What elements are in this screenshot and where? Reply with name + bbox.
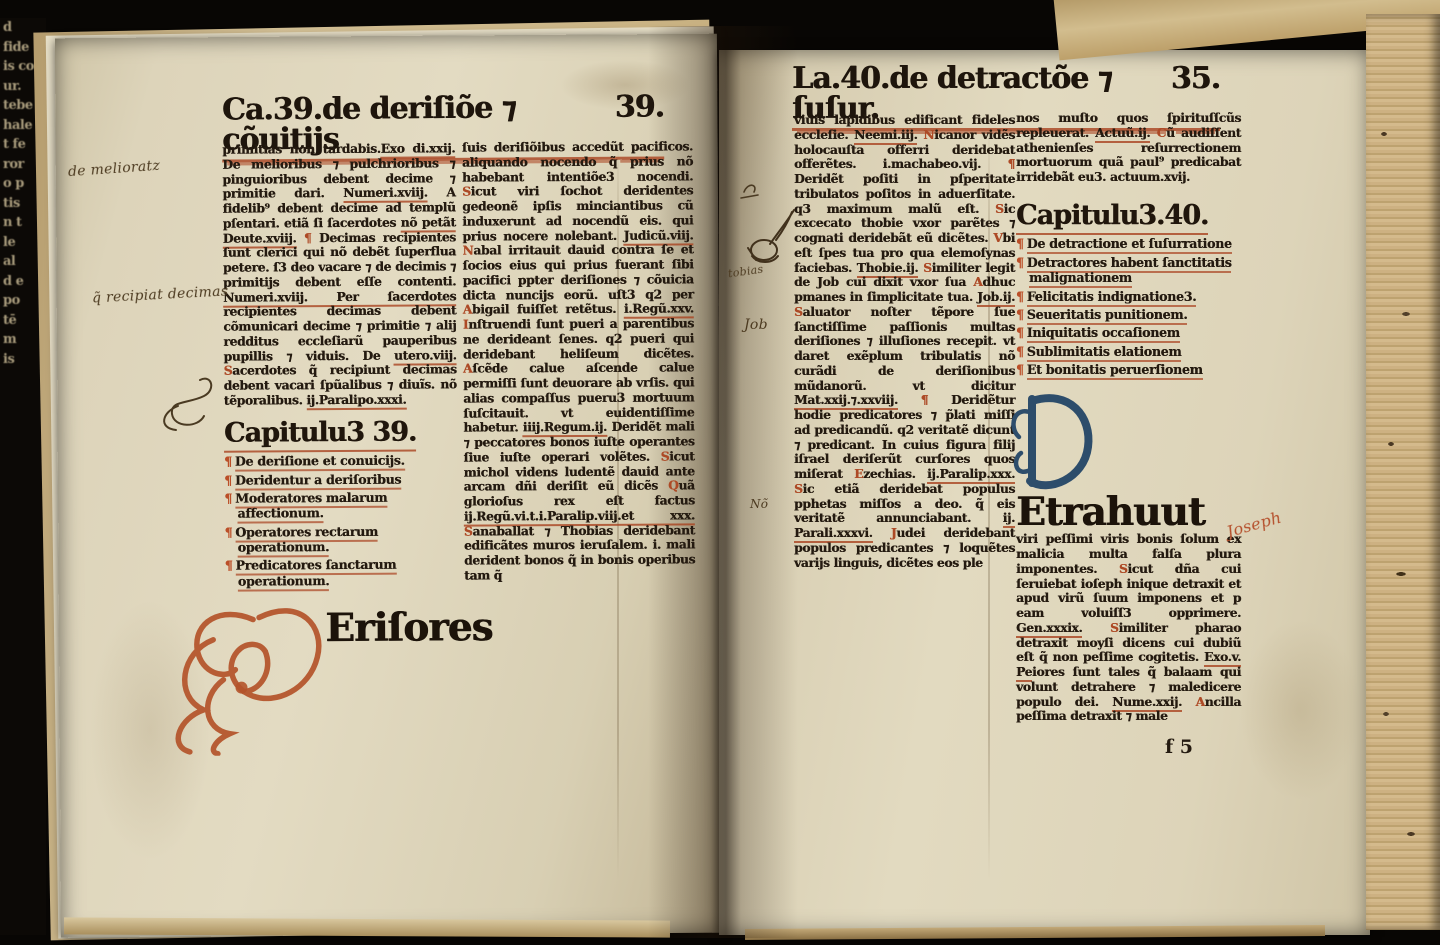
chapter-heading-39: Capitulu3 39. xyxy=(224,417,457,448)
right-column-1: viuis lapidibus edificant fideles eccleſ… xyxy=(794,113,1015,570)
text-column: primitias non tardabis.Exo di.xxij. De m… xyxy=(222,141,457,408)
pilcrow-mark: ¶ xyxy=(1016,289,1024,304)
pilcrow-mark: ¶ xyxy=(225,558,233,573)
chapter-list-item: ¶De detractione et ſuſurratione xyxy=(1016,236,1241,251)
detrahunt-body: viri peſſimi viris bonis ſolum ex malici… xyxy=(1016,531,1241,723)
book-photo: dfideis cour.tebehalet feroro ptisn tlea… xyxy=(0,0,1440,945)
text-column: viuis lapidibus edificant fideles eccleſ… xyxy=(794,113,1015,570)
flourished-initial-d-red-icon xyxy=(163,587,339,756)
text-column: nos muſto quos ſpirituſſcũs repleuerat. … xyxy=(1016,111,1241,185)
decorated-initial-row: Eriſores xyxy=(225,590,459,741)
chapter-list-item: ¶Et bonitatis peruerſionem xyxy=(1016,362,1241,377)
chapter-list-item: ¶Deridentur a deriſoribus xyxy=(224,471,457,488)
chapter-list-item: ¶Predicatores ſanctarum operationum. xyxy=(225,557,458,589)
chapter-list-item: ¶Felicitatis indignatione3. xyxy=(1016,289,1241,304)
signature-mark: f 5 xyxy=(1016,738,1241,757)
chapter-list-39: ¶De deriſione et conuicijs.¶Deridentur a… xyxy=(224,452,458,588)
marginal-note-nota: Nõ xyxy=(750,498,768,511)
chapter-list-item: ¶Detractores habent ſanctitatis malignat… xyxy=(1016,255,1241,286)
pilcrow-mark: ¶ xyxy=(225,524,233,539)
pilcrow-mark: ¶ xyxy=(1016,362,1024,377)
chapter-list-item: ¶Moderatores malarum affectionum. xyxy=(224,489,457,521)
left-column-1: primitias non tardabis.Exo di.xxij. De m… xyxy=(222,141,459,741)
marginal-note-job: Job xyxy=(744,318,768,333)
margin-mark-icon xyxy=(736,178,770,202)
chapter-heading-40-text: Capitulu3.40. xyxy=(1016,200,1208,235)
pilcrow-mark: ¶ xyxy=(1016,344,1024,359)
pilcrow-mark: ¶ xyxy=(1016,236,1024,251)
chapter-heading-40: Capitulu3.40. xyxy=(1016,201,1241,231)
chapter-list-item: ¶De deriſione et conuicijs. xyxy=(224,452,457,469)
tail-edge-left xyxy=(64,917,670,937)
manicule-icon xyxy=(742,200,798,272)
flourish-dot xyxy=(235,682,247,694)
chapter-list-item: ¶Sublimitatis elationem xyxy=(1016,344,1241,359)
detrahunt-paragraph: Etrahuut viri peſſimi viris bonis ſolum … xyxy=(1016,385,1241,724)
pilcrow-mark: ¶ xyxy=(1016,325,1024,340)
chapter-list-item: ¶Seueritatis punitionem. xyxy=(1016,307,1241,322)
chapter-list-item: ¶Iniquitatis occaſionem xyxy=(1016,325,1241,340)
left-column-2: ſuis deriſiõibus accedũt pacificos. aliq… xyxy=(462,139,695,583)
initial-word-etrahunt: Etrahuut xyxy=(1016,489,1205,535)
pilcrow-mark: ¶ xyxy=(1016,255,1024,270)
initial-d-blue-icon xyxy=(1002,387,1094,491)
margin-flourish-icon xyxy=(148,372,220,434)
text-column: ſuis deriſiõibus accedũt pacificos. aliq… xyxy=(462,139,695,583)
right-column-2: nos muſto quos ſpirituſſcũs repleuerat. … xyxy=(1016,111,1241,757)
chapter-list-item: ¶Operatores rectarum operationum. xyxy=(225,523,458,555)
chapter-list-40: ¶De detractione et ſuſurratione¶Detracto… xyxy=(1016,236,1241,377)
chapter-heading-39-text: Capitulu3 39. xyxy=(224,416,416,452)
pilcrow-mark: ¶ xyxy=(224,454,232,469)
initial-word-erisores: Eriſores xyxy=(325,608,492,648)
pilcrow-mark: ¶ xyxy=(224,472,232,487)
pilcrow-mark: ¶ xyxy=(224,491,232,506)
fore-edge xyxy=(1366,14,1440,930)
pilcrow-mark: ¶ xyxy=(1016,307,1024,322)
